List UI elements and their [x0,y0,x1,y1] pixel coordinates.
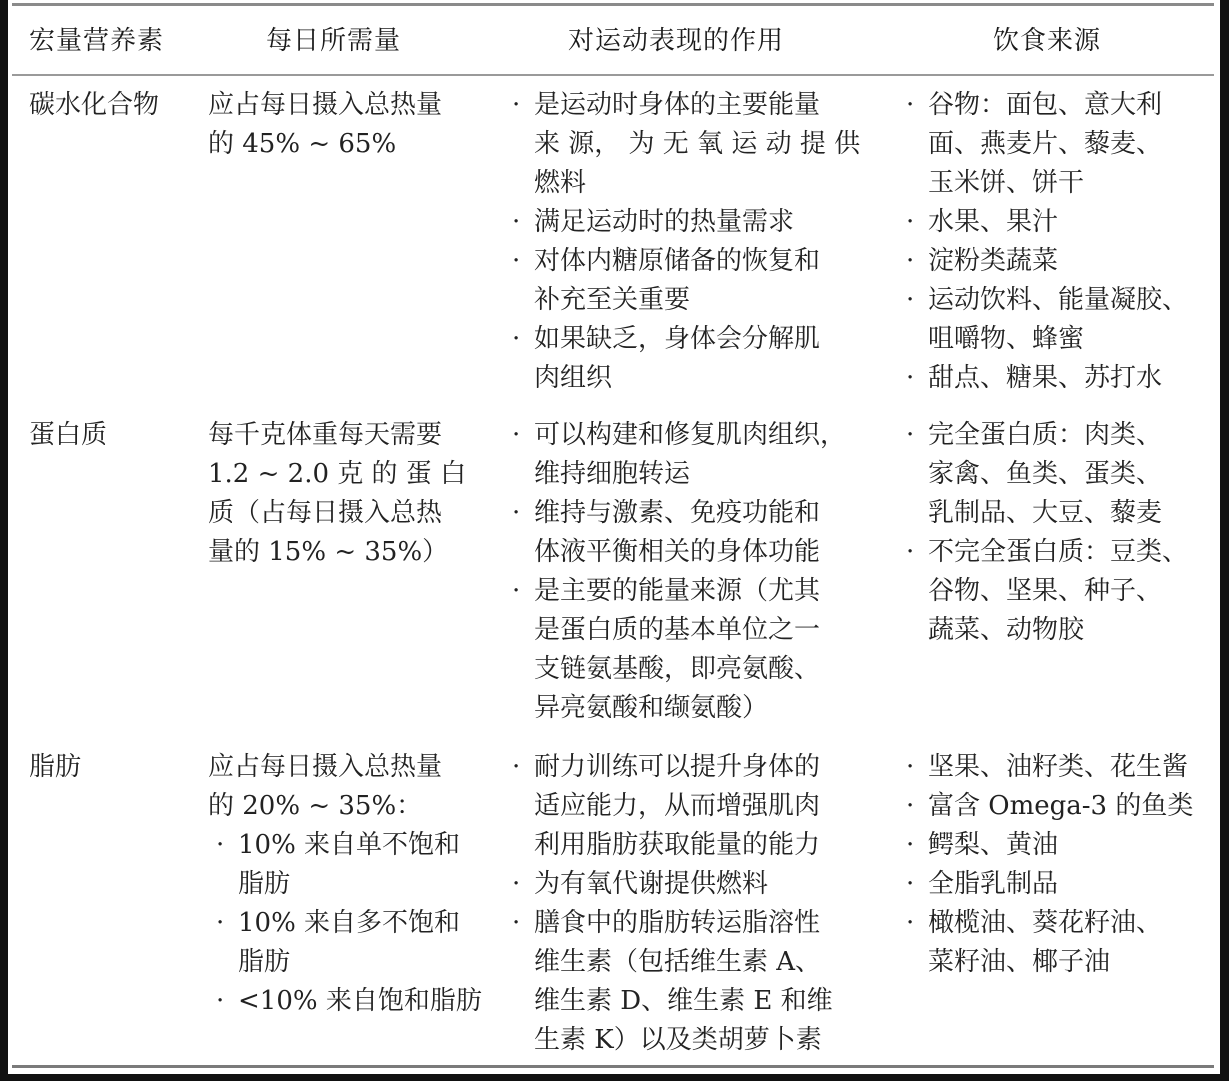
effect-item: 如果缺乏，身体会分解肌肉组织 [510,320,860,398]
text-line: 1.2 ~ 2.0 克 的 蛋 白 [208,455,466,494]
source-item: 水果、果汁 [904,203,1188,242]
text-line: 面、燕麦片、藜麦、 [928,125,1188,164]
text-line: 不完全蛋白质：豆类、 [928,533,1188,572]
text-line: 鳄梨、黄油 [928,826,1193,865]
text-line: 如果缺乏，身体会分解肌 [534,320,860,359]
source-item: 不完全蛋白质：豆类、谷物、坚果、种子、蔬菜、动物胶 [904,533,1188,650]
effect-item: 是运动时身体的主要能量来 源， 为 无 氧 运 动 提 供燃料 [510,86,860,203]
text-line: 是运动时身体的主要能量 [534,86,860,125]
cell-sources: 谷物：面包、意大利面、燕麦片、藜麦、玉米饼、饼干水果、果汁淀粉类蔬菜运动饮料、能… [904,86,1188,398]
text-line: 的 20% ~ 35%： [208,787,482,826]
text-line: 乳制品、大豆、藜麦 [928,494,1188,533]
cell-requirement: 应占每日摄入总热量的 20% ~ 35%：10% 来自单不饱和脂肪10% 来自多… [208,748,482,1021]
cell-nutrient: 脂肪 [29,748,81,787]
text-line: 蔬菜、动物胶 [928,611,1188,650]
table-bottom-rule [12,1065,1214,1068]
text-line: 膳食中的脂肪转运脂溶性 [534,904,833,943]
text-line: 10% 来自单不饱和 [238,826,482,865]
source-item: 橄榄油、葵花籽油、菜籽油、椰子油 [904,904,1193,982]
source-item: 鳄梨、黄油 [904,826,1193,865]
text-line: 燃料 [534,164,860,203]
text-line: 应占每日摄入总热量 [208,748,482,787]
text-line: 质（占每日摄入总热 [208,494,466,533]
text-line: 菜籽油、椰子油 [928,943,1193,982]
effect-item: 维持与激素、免疫功能和体液平衡相关的身体功能 [510,494,846,572]
text-line: 完全蛋白质：肉类、 [928,416,1188,455]
source-item: 全脂乳制品 [904,865,1193,904]
requirement-sub-item: 10% 来自单不饱和脂肪 [208,826,482,904]
text-line: 水果、果汁 [928,203,1188,242]
effect-item: 膳食中的脂肪转运脂溶性维生素（包括维生素 A、维生素 D、维生素 E 和维生素 … [510,904,833,1060]
requirement-sub-item: <10% 来自饱和脂肪 [208,982,482,1021]
source-item: 完全蛋白质：肉类、家禽、鱼类、蛋类、乳制品、大豆、藜麦 [904,416,1188,533]
cell-nutrient: 蛋白质 [29,416,107,455]
requirement-sub-item: 10% 来自多不饱和脂肪 [208,904,482,982]
cell-effects: 耐力训练可以提升身体的适应能力，从而增强肌肉利用脂肪获取能量的能力为有氧代谢提供… [510,748,833,1060]
effect-item: 为有氧代谢提供燃料 [510,865,833,904]
text-line: 淀粉类蔬菜 [928,242,1188,281]
text-line: <10% 来自饱和脂肪 [238,982,482,1021]
text-line: 脂肪 [238,865,482,904]
text-line: 甜点、糖果、苏打水 [928,359,1188,398]
text-line: 谷物、坚果、种子、 [928,572,1188,611]
text-line: 10% 来自多不饱和 [238,904,482,943]
text-line: 咀嚼物、蜂蜜 [928,320,1188,359]
header-effects: 对运动表现的作用 [568,20,784,57]
document-page: 宏量营养素 每日所需量 对运动表现的作用 饮食来源 碳水化合物应占每日摄入总热量… [8,0,1220,1074]
text-line: 满足运动时的热量需求 [534,203,860,242]
effect-item: 满足运动时的热量需求 [510,203,860,242]
effect-item: 是主要的能量来源（尤其是蛋白质的基本单位之一支链氨基酸，即亮氨酸、异亮氨酸和缬氨… [510,572,846,728]
text-line: 是蛋白质的基本单位之一 [534,611,846,650]
text-line: 对体内糖原储备的恢复和 [534,242,860,281]
text-line: 家禽、鱼类、蛋类、 [928,455,1188,494]
text-line: 玉米饼、饼干 [928,164,1188,203]
cell-requirement: 每千克体重每天需要1.2 ~ 2.0 克 的 蛋 白质（占每日摄入总热量的 15… [208,416,466,572]
cell-requirement: 应占每日摄入总热量的 45% ~ 65% [208,86,442,164]
text-line: 为有氧代谢提供燃料 [534,865,833,904]
source-item: 富含 Omega-3 的鱼类 [904,787,1193,826]
text-line: 补充至关重要 [534,281,860,320]
text-line: 肉组织 [534,359,860,398]
source-item: 谷物：面包、意大利面、燕麦片、藜麦、玉米饼、饼干 [904,86,1188,203]
text-line: 维生素（包括维生素 A、 [534,943,833,982]
text-line: 富含 Omega-3 的鱼类 [928,787,1193,826]
text-line: 是主要的能量来源（尤其 [534,572,846,611]
cell-effects: 是运动时身体的主要能量来 源， 为 无 氧 运 动 提 供燃料满足运动时的热量需… [510,86,860,398]
text-line: 脂肪 [238,943,482,982]
text-line: 维持细胞转运 [534,455,846,494]
text-line: 生素 K）以及类胡萝卜素 [534,1021,833,1060]
text-line: 应占每日摄入总热量 [208,86,442,125]
text-line: 耐力训练可以提升身体的 [534,748,833,787]
source-item: 坚果、油籽类、花生酱 [904,748,1193,787]
source-item: 甜点、糖果、苏打水 [904,359,1188,398]
header-nutrient: 宏量营养素 [29,20,164,57]
text-line: 的 45% ~ 65% [208,125,442,164]
source-item: 运动饮料、能量凝胶、咀嚼物、蜂蜜 [904,281,1188,359]
text-line: 维持与激素、免疫功能和 [534,494,846,533]
text-line: 体液平衡相关的身体功能 [534,533,846,572]
text-line: 异亮氨酸和缬氨酸） [534,689,846,728]
effect-item: 可以构建和修复肌肉组织，维持细胞转运 [510,416,846,494]
text-line: 支链氨基酸，即亮氨酸、 [534,650,846,689]
text-line: 利用脂肪获取能量的能力 [534,826,833,865]
cell-sources: 完全蛋白质：肉类、家禽、鱼类、蛋类、乳制品、大豆、藜麦不完全蛋白质：豆类、谷物、… [904,416,1188,650]
header-requirement: 每日所需量 [266,20,401,57]
text-line: 坚果、油籽类、花生酱 [928,748,1193,787]
table-header-rule [12,74,1214,76]
cell-sources: 坚果、油籽类、花生酱富含 Omega-3 的鱼类鳄梨、黄油全脂乳制品橄榄油、葵花… [904,748,1193,982]
text-line: 维生素 D、维生素 E 和维 [534,982,833,1021]
text-line: 每千克体重每天需要 [208,416,466,455]
text-line: 橄榄油、葵花籽油、 [928,904,1193,943]
effect-item: 耐力训练可以提升身体的适应能力，从而增强肌肉利用脂肪获取能量的能力 [510,748,833,865]
table-top-rule [12,3,1214,6]
cell-nutrient: 碳水化合物 [29,86,159,125]
text-line: 可以构建和修复肌肉组织， [534,416,846,455]
text-line: 运动饮料、能量凝胶、 [928,281,1188,320]
text-line: 量的 15% ~ 35%） [208,533,466,572]
text-line: 谷物：面包、意大利 [928,86,1188,125]
header-sources: 饮食来源 [993,20,1101,57]
text-line: 来 源， 为 无 氧 运 动 提 供 [534,125,860,164]
effect-item: 对体内糖原储备的恢复和补充至关重要 [510,242,860,320]
cell-effects: 可以构建和修复肌肉组织，维持细胞转运维持与激素、免疫功能和体液平衡相关的身体功能… [510,416,846,728]
text-line: 适应能力，从而增强肌肉 [534,787,833,826]
text-line: 全脂乳制品 [928,865,1193,904]
source-item: 淀粉类蔬菜 [904,242,1188,281]
